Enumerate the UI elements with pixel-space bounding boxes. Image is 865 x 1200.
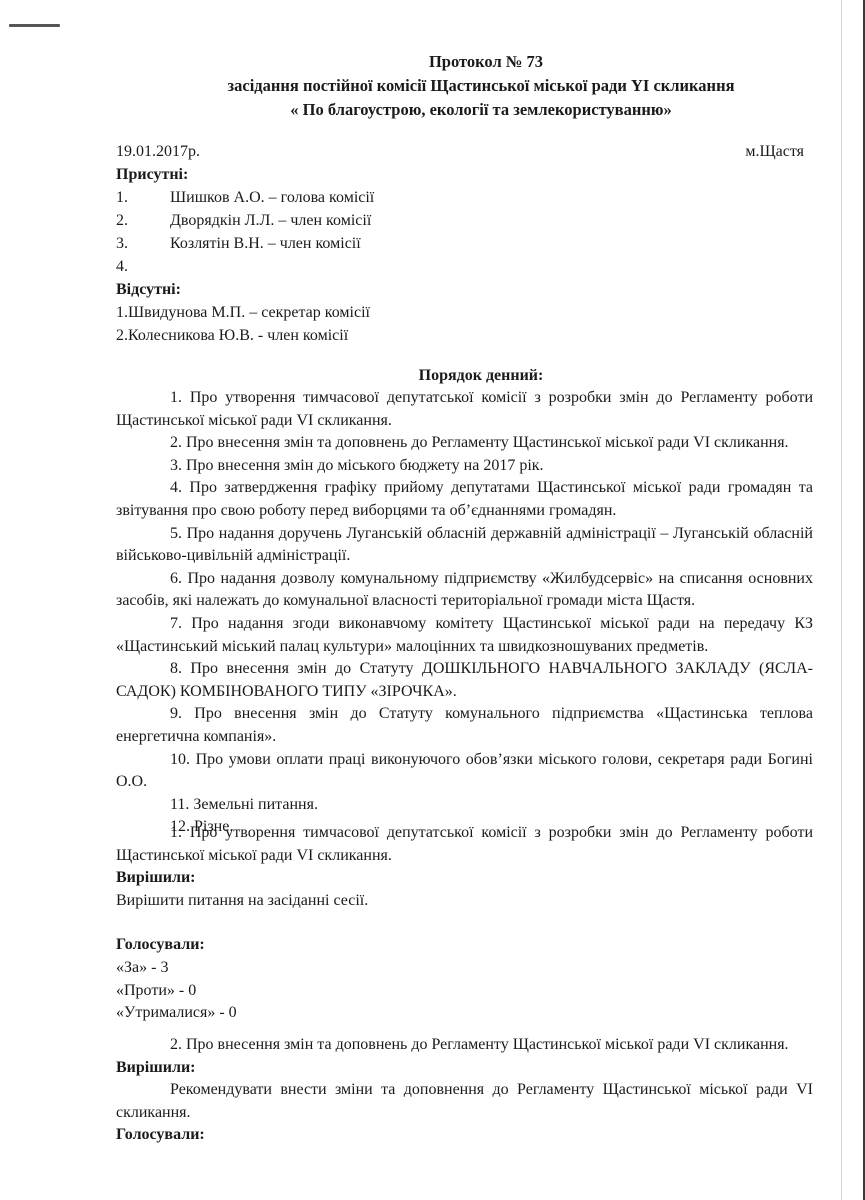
decided-heading: Вирішили:: [116, 1057, 813, 1080]
protocol-number: Протокол № 73: [116, 50, 846, 74]
decision-text: Вирішити питання на засіданні сесії.: [116, 890, 813, 913]
voted-heading: Голосували:: [116, 1124, 813, 1147]
vote-abstained: «Утрималися» - 0: [116, 1002, 813, 1025]
agenda-item: 3. Про внесення змін до міського бюджету…: [116, 455, 813, 478]
voted-heading: Голосували:: [116, 934, 813, 957]
vote-against: «Проти» - 0: [116, 980, 813, 1003]
section-topic: 2. Про внесення змін та доповнень до Рег…: [116, 1034, 813, 1057]
present-item: 4.: [116, 256, 170, 278]
agenda-item: 11. Земельні питання.: [116, 794, 813, 817]
agenda-item: 5. Про надання доручень Луганській облас…: [116, 523, 813, 568]
present-heading: Присутні:: [116, 164, 188, 186]
present-item: 2.Дворядкін Л.Л. – член комісії: [116, 210, 371, 232]
meeting-date: 19.01.2017р.: [116, 141, 200, 163]
agenda-list: 1. Про утворення тимчасової депутатської…: [116, 387, 813, 839]
agenda-item: 4. Про затвердження графіку прийому депу…: [116, 477, 813, 522]
commission-name: « По благоустрою, екології та землекорис…: [116, 98, 846, 122]
absent-item: 1.Швидунова М.П. – секретар комісії: [116, 302, 370, 324]
decision-text: Рекомендувати внести зміни та доповнення…: [116, 1079, 813, 1124]
agenda-item: 6. Про надання дозволу комунальному підп…: [116, 568, 813, 613]
vote-for: «За» - 3: [116, 957, 813, 980]
absent-heading: Відсутні:: [116, 279, 181, 301]
present-item: 3.Козлятін В.Н. – член комісії: [116, 233, 361, 255]
scan-artifact-mark: [9, 24, 60, 27]
document-title: Протокол № 73 засідання постійної комісі…: [116, 50, 846, 122]
agenda-item: 2. Про внесення змін та доповнень до Рег…: [116, 432, 813, 455]
agenda-item: 7. Про надання згоди виконавчому комітет…: [116, 613, 813, 658]
meeting-place: м.Щастя: [745, 141, 804, 163]
section-topic: 1. Про утворення тимчасової депутатської…: [116, 822, 813, 867]
section-2: 2. Про внесення змін та доповнень до Рег…: [116, 1034, 813, 1147]
absent-item: 2.Колесникова Ю.В. - член комісії: [116, 325, 348, 347]
agenda-item: 1. Про утворення тимчасової депутатської…: [116, 387, 813, 432]
present-item: 1.Шишков А.О. – голова комісії: [116, 187, 374, 209]
agenda-item: 9. Про внесення змін до Статуту комуналь…: [116, 703, 813, 748]
agenda-item: 8. Про внесення змін до Статуту ДОШКІЛЬН…: [116, 658, 813, 703]
agenda-heading: Порядок денний:: [116, 367, 846, 385]
meeting-subtitle: засідання постійної комісії Щастинської …: [116, 74, 846, 98]
scan-edge-light: [841, 0, 842, 1200]
decided-heading: Вирішили:: [116, 867, 813, 890]
section-1: 1. Про утворення тимчасової депутатської…: [116, 822, 813, 1025]
agenda-item: 10. Про умови оплати праці виконуючого о…: [116, 749, 813, 794]
